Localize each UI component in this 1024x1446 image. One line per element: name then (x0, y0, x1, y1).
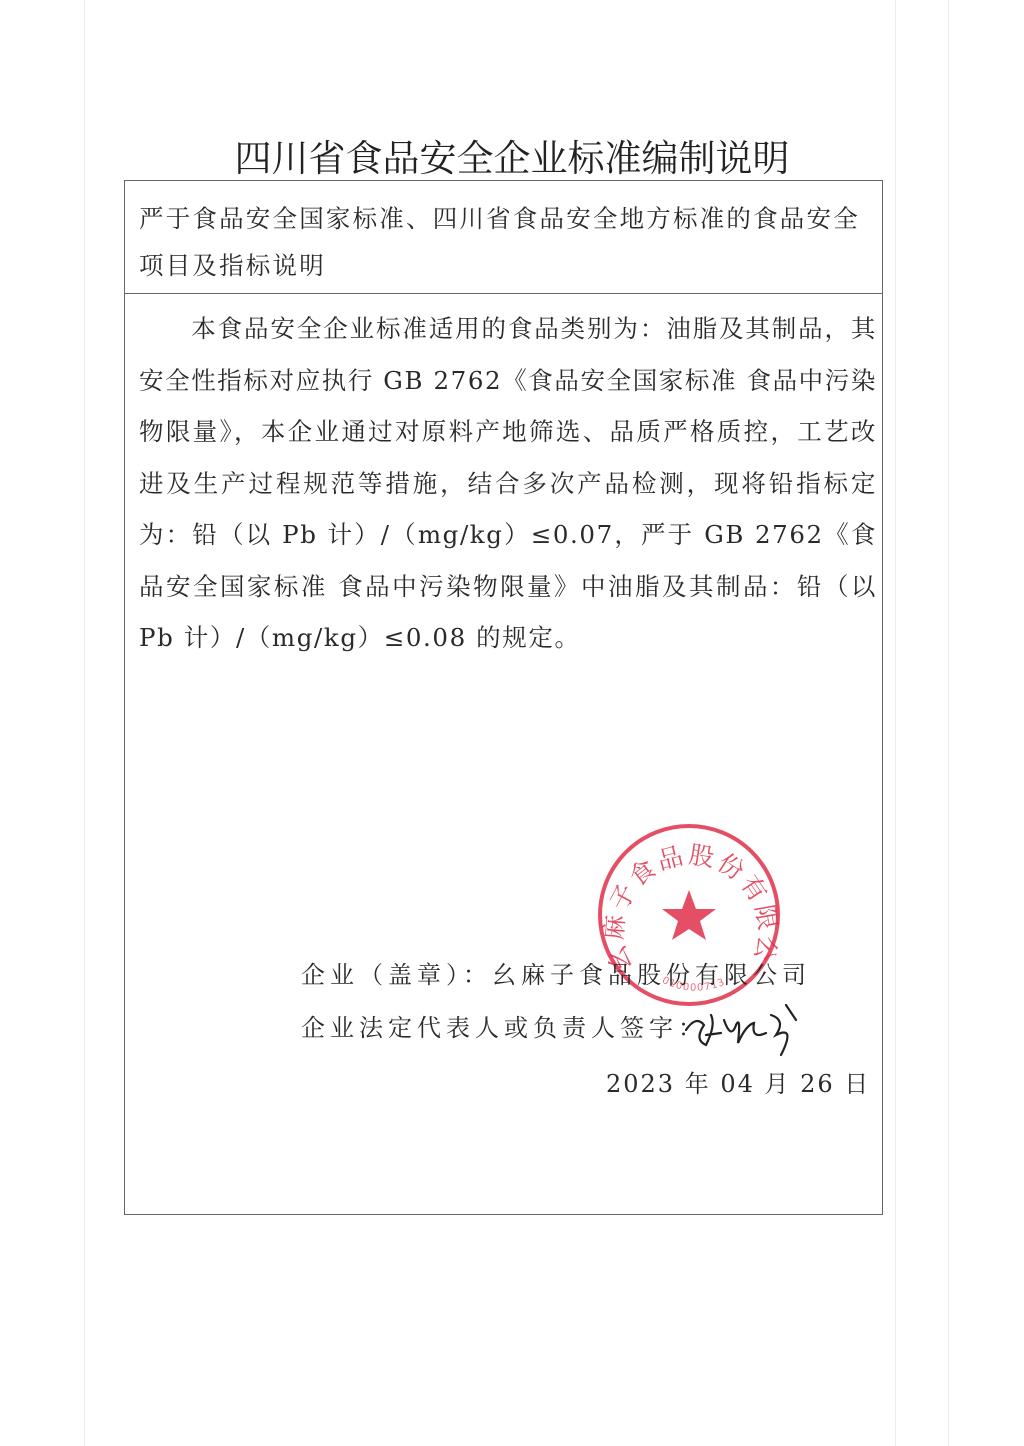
document-title: 四川省食品安全企业标准编制说明 (0, 128, 1024, 182)
table-divider (125, 293, 882, 294)
scan-edge-line (948, 0, 949, 1446)
section-header: 严于食品安全国家标准、四川省食品安全地方标准的食品安全项目及指标说明 (139, 195, 874, 289)
signatory-label: 企业法定代表人或负责人签字： (301, 1014, 707, 1042)
handwritten-signature-icon (676, 995, 806, 1065)
body-paragraph: 本食品安全企业标准适用的食品类别为：油脂及其制品，其安全性指标对应执行 GB 2… (139, 303, 877, 664)
enterprise-name: 幺麻子食品股份有限公司 (492, 961, 811, 989)
enterprise-label: 企业（盖章）： (301, 961, 492, 989)
body-paragraph-text: 本食品安全企业标准适用的食品类别为：油脂及其制品，其安全性指标对应执行 GB 2… (139, 314, 877, 652)
enterprise-line: 企业（盖章）：幺麻子食品股份有限公司 (301, 955, 811, 990)
signatory-line: 企业法定代表人或负责人签字： (301, 1008, 707, 1043)
scan-edge-line (895, 0, 896, 1446)
date-line: 2023 年 04 月 26 日 (606, 1064, 870, 1099)
scan-edge-line (84, 0, 85, 1446)
